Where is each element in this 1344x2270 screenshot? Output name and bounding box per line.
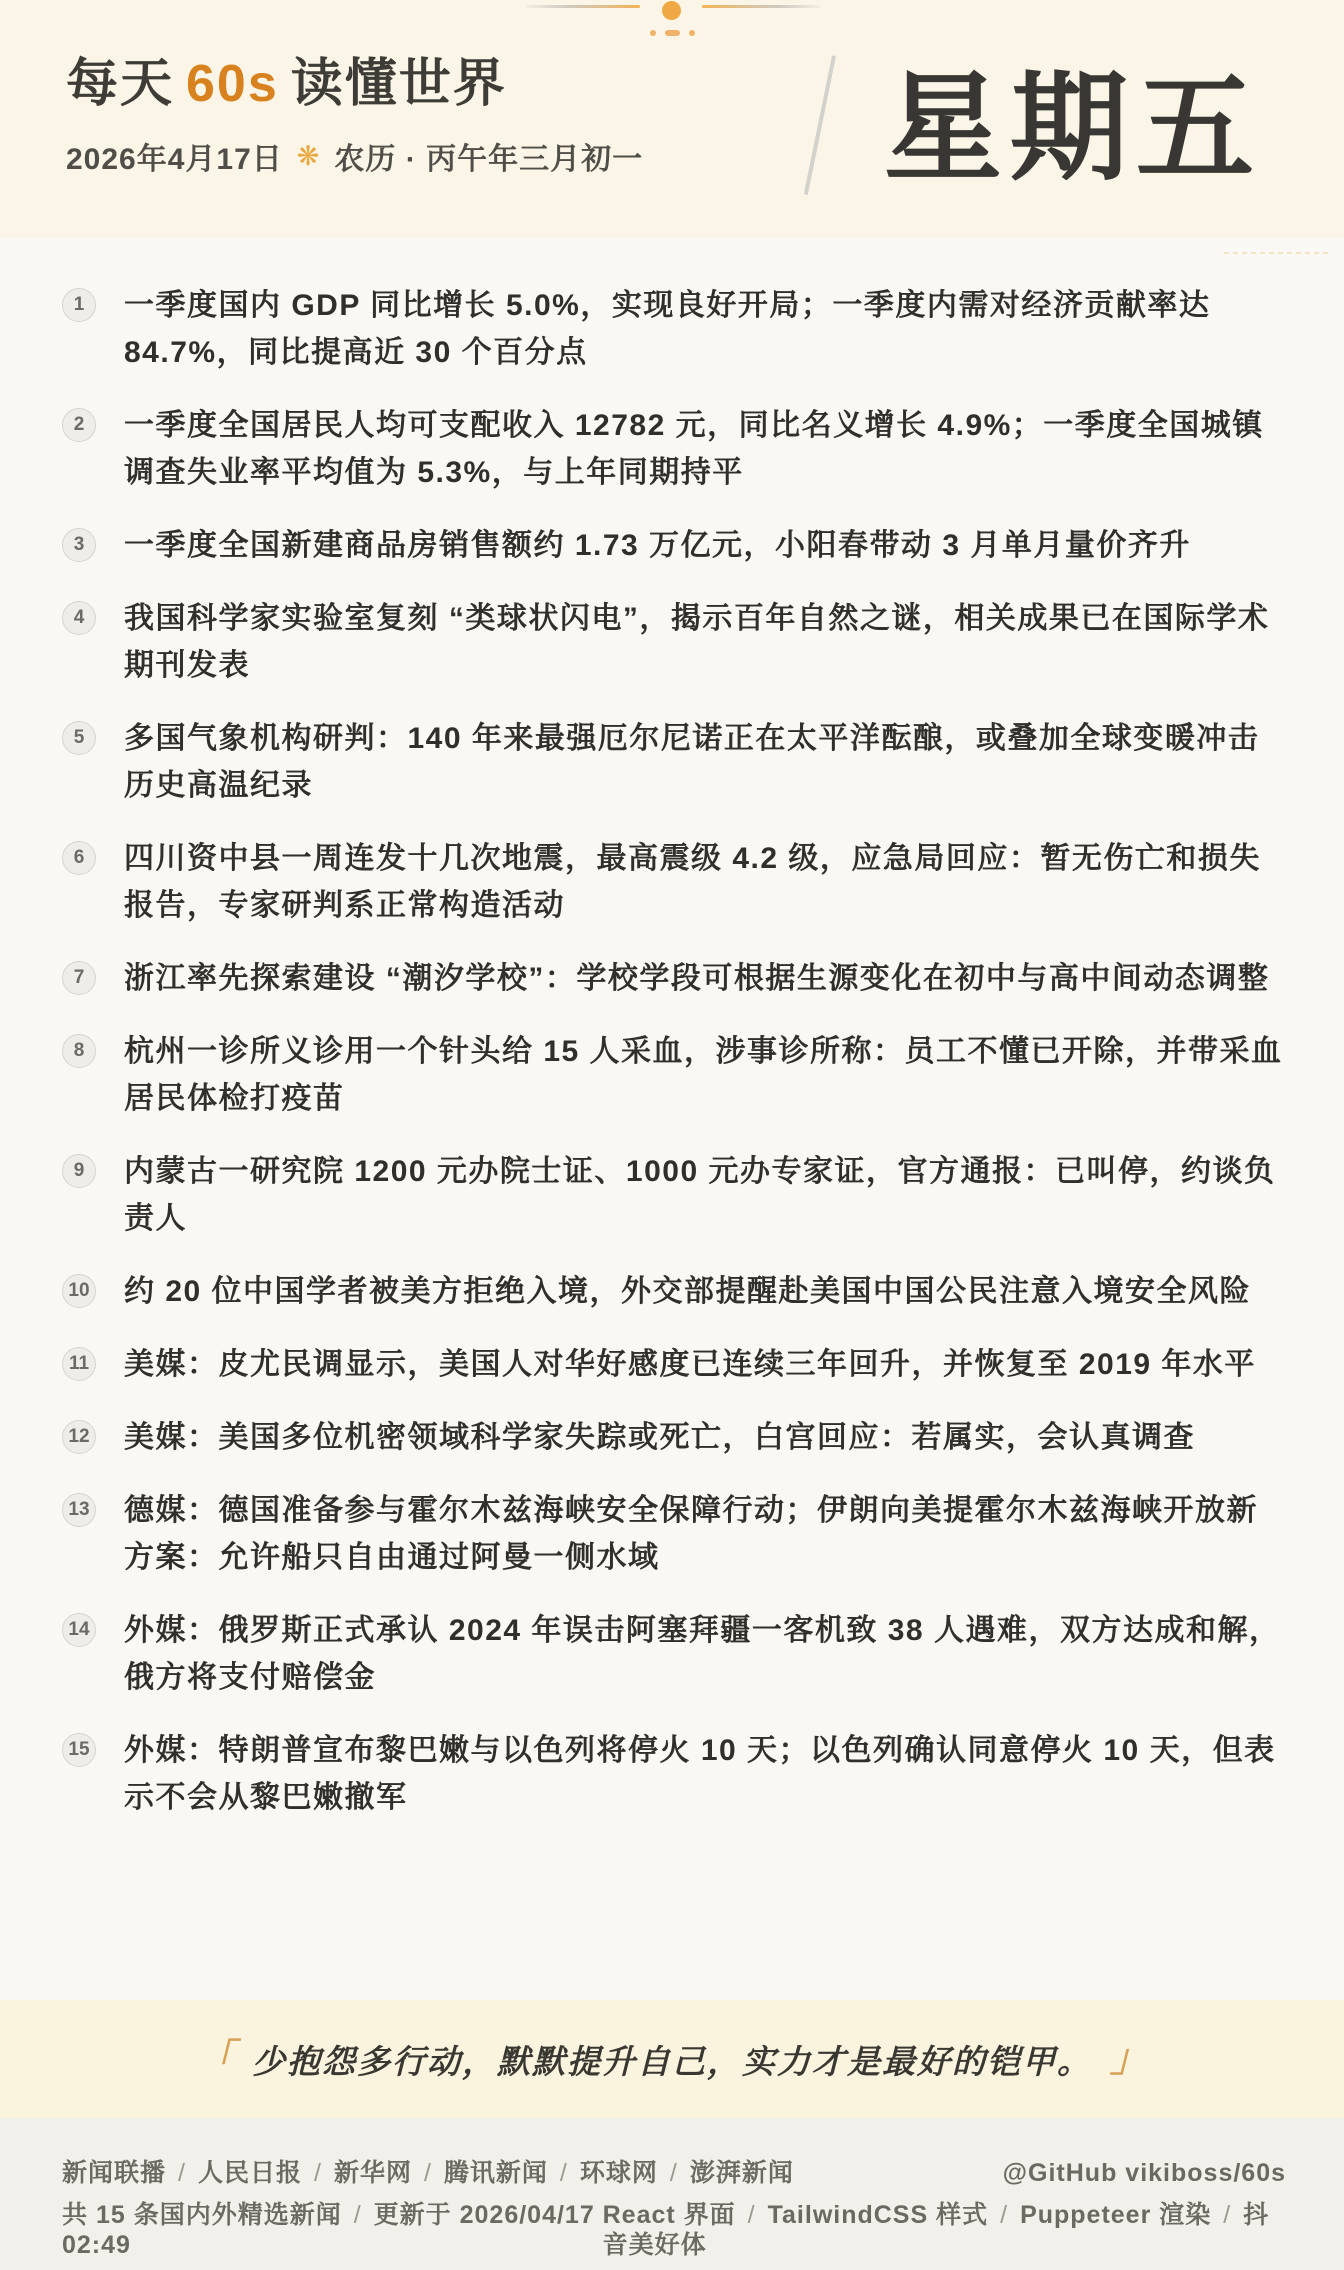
separator: / — [178, 2159, 186, 2187]
separator: / — [670, 2159, 678, 2187]
news-item-number: 14 — [62, 1613, 96, 1647]
credit-name: React 界面 — [603, 2201, 736, 2229]
news-item-number: 12 — [62, 1420, 96, 1454]
news-item-text: 我国科学家实验室复刻 “类球状闪电”，揭示百年自然之谜，相关成果已在国际学术期刊… — [124, 595, 1284, 689]
news-item: 14外媒：俄罗斯正式承认 2024 年误击阿塞拜疆一客机致 38 人遇难，双方达… — [62, 1607, 1284, 1701]
title-suffix: 读懂世界 — [291, 55, 507, 113]
divider-slash — [804, 55, 836, 195]
news-item: 12美媒：美国多位机密领域科学家失踪或死亡，白宫回应：若属实，会认真调查 — [62, 1414, 1284, 1461]
news-item-text: 浙江率先探索建设 “潮汐学校”：学校学段可根据生源变化在初中与高中间动态调整 — [124, 955, 1269, 1002]
news-item: 15外媒：特朗普宣布黎巴嫩与以色列将停火 10 天；以色列确认同意停火 10 天… — [62, 1727, 1284, 1821]
footer: 新闻联播/人民日报/新华网/腾讯新闻/环球网/澎湃新闻 @GitHub viki… — [0, 2118, 1344, 2270]
news-item-number: 10 — [62, 1274, 96, 1308]
header-left: 每天60s读懂世界 2026年4月17日 ❋ 农历 · 丙午年三月初一 — [66, 56, 643, 178]
source-name: 澎湃新闻 — [690, 2159, 794, 2187]
news-item-text: 一季度全国居民人均可支配收入 12782 元，同比名义增长 4.9%；一季度全国… — [124, 402, 1284, 496]
lunar-date: 农历 · 丙午年三月初一 — [334, 134, 643, 178]
source-name: 人民日报 — [198, 2159, 302, 2187]
news-item-text: 美媒：皮尤民调显示，美国人对华好感度已连续三年回升，并恢复至 2019 年水平 — [124, 1341, 1256, 1388]
ornament-circle-icon — [662, 1, 681, 20]
news-item: 6四川资中县一周连发十几次地震，最高震级 4.2 级，应急局回应：暂无伤亡和损失… — [62, 835, 1284, 929]
quote-section: 「 少抱怨多行动，默默提升自己，实力才是最好的铠甲。 」 — [0, 2000, 1344, 2118]
news-item: 10约 20 位中国学者被美方拒绝入境，外交部提醒赴美国中国公民注意入境安全风险 — [62, 1268, 1284, 1315]
source-name: 环球网 — [580, 2159, 658, 2187]
source-name: 新闻联播 — [62, 2159, 166, 2187]
news-item-number: 1 — [62, 288, 96, 322]
news-item: 3一季度全国新建商品房销售额约 1.73 万亿元，小阳春带动 3 月单月量价齐升 — [62, 522, 1284, 569]
meta-text: 共 15 条国内外精选新闻 — [62, 2201, 342, 2229]
news-item-text: 外媒：特朗普宣布黎巴嫩与以色列将停火 10 天；以色列确认同意停火 10 天，但… — [124, 1727, 1284, 1821]
news-item-text: 内蒙古一研究院 1200 元办院士证、1000 元办专家证，官方通报：已叫停，约… — [124, 1148, 1284, 1242]
tech-credits: React 界面/TailwindCSS 样式/Puppeteer 渲染/抖音美… — [603, 2200, 1286, 2260]
date-line: 2026年4月17日 ❋ 农历 · 丙午年三月初一 — [66, 134, 643, 178]
news-item-number: 3 — [62, 528, 96, 562]
news-item-number: 4 — [62, 601, 96, 635]
news-item: 1一季度国内 GDP 同比增长 5.0%，实现良好开局；一季度内需对经济贡献率达… — [62, 282, 1284, 376]
news-item-number: 6 — [62, 841, 96, 875]
quote-text: 少抱怨多行动，默默提升自己，实力才是最好的铠甲。 — [252, 2036, 1092, 2083]
news-item-number: 13 — [62, 1493, 96, 1527]
news-item-number: 5 — [62, 721, 96, 755]
news-item-number: 7 — [62, 961, 96, 995]
separator: / — [354, 2201, 362, 2229]
footer-meta: 共 15 条国内外精选新闻/更新于 2026/04/17 02:49 — [62, 2200, 603, 2260]
news-item: 2一季度全国居民人均可支配收入 12782 元，同比名义增长 4.9%；一季度全… — [62, 402, 1284, 496]
news-item-number: 11 — [62, 1347, 96, 1381]
separator: / — [748, 2201, 756, 2229]
news-item: 13德媒：德国准备参与霍尔木兹海峡安全保障行动；伊朗向美提霍尔木兹海峡开放新方案… — [62, 1487, 1284, 1581]
news-item: 11美媒：皮尤民调显示，美国人对华好感度已连续三年回升，并恢复至 2019 年水… — [62, 1341, 1284, 1388]
separator: / — [314, 2159, 322, 2187]
news-list: 1一季度国内 GDP 同比增长 5.0%，实现良好开局；一季度内需对经济贡献率达… — [0, 238, 1344, 2000]
news-item-text: 外媒：俄罗斯正式承认 2024 年误击阿塞拜疆一客机致 38 人遇难，双方达成和… — [124, 1607, 1284, 1701]
news-item: 8杭州一诊所义诊用一个针头给 15 人采血，涉事诊所称：员工不懂已开除，并带采血… — [62, 1028, 1284, 1122]
news-item-text: 四川资中县一周连发十几次地震，最高震级 4.2 级，应急局回应：暂无伤亡和损失报… — [124, 835, 1284, 929]
source-name: 腾讯新闻 — [444, 2159, 548, 2187]
ornament-line-left-icon — [526, 5, 640, 8]
news-item-text: 约 20 位中国学者被美方拒绝入境，外交部提醒赴美国中国公民注意入境安全风险 — [124, 1268, 1251, 1315]
news-item: 7浙江率先探索建设 “潮汐学校”：学校学段可根据生源变化在初中与高中间动态调整 — [62, 955, 1284, 1002]
news-sources: 新闻联播/人民日报/新华网/腾讯新闻/环球网/澎湃新闻 — [62, 2158, 794, 2188]
daily-60s-news-card: 每天60s读懂世界 2026年4月17日 ❋ 农历 · 丙午年三月初一 星期五 … — [0, 0, 1344, 2270]
page-title: 每天60s读懂世界 — [66, 56, 643, 112]
credit-name: Puppeteer 渲染 — [1020, 2201, 1211, 2229]
news-item-text: 一季度国内 GDP 同比增长 5.0%，实现良好开局；一季度内需对经济贡献率达 … — [124, 282, 1284, 376]
news-item-text: 多国气象机构研判：140 年来最强厄尔尼诺正在太平洋酝酿，或叠加全球变暖冲击历史… — [124, 715, 1284, 809]
separator: / — [560, 2159, 568, 2187]
asterisk-icon: ❋ — [297, 141, 321, 171]
header: 每天60s读懂世界 2026年4月17日 ❋ 农历 · 丙午年三月初一 星期五 — [0, 0, 1344, 238]
news-item: 5多国气象机构研判：140 年来最强厄尔尼诺正在太平洋酝酿，或叠加全球变暖冲击历… — [62, 715, 1284, 809]
news-item-text: 美媒：美国多位机密领域科学家失踪或死亡，白宫回应：若属实，会认真调查 — [124, 1414, 1195, 1461]
news-item-number: 2 — [62, 408, 96, 442]
credit-name: TailwindCSS 样式 — [768, 2201, 989, 2229]
separator: / — [424, 2159, 432, 2187]
footer-row-sources: 新闻联播/人民日报/新华网/腾讯新闻/环球网/澎湃新闻 @GitHub viki… — [62, 2158, 1286, 2188]
news-item: 9内蒙古一研究院 1200 元办院士证、1000 元办专家证，官方通报：已叫停，… — [62, 1148, 1284, 1242]
news-item-text: 德媒：德国准备参与霍尔木兹海峡安全保障行动；伊朗向美提霍尔木兹海峡开放新方案：允… — [124, 1487, 1284, 1581]
ornament-line-right-icon — [702, 5, 820, 8]
title-prefix: 每天 — [66, 55, 174, 113]
separator: / — [1223, 2201, 1231, 2229]
source-name: 新华网 — [334, 2159, 412, 2187]
news-item-text: 杭州一诊所义诊用一个针头给 15 人采血，涉事诊所称：员工不懂已开除，并带采血居… — [124, 1028, 1284, 1122]
gregorian-date: 2026年4月17日 — [66, 134, 283, 178]
footer-row-meta: 共 15 条国内外精选新闻/更新于 2026/04/17 02:49 React… — [62, 2200, 1286, 2260]
quote-close-bracket: 」 — [1110, 2040, 1148, 2078]
quote-open-bracket: 「 — [196, 2040, 234, 2078]
title-highlight: 60s — [186, 55, 279, 113]
news-item-number: 15 — [62, 1733, 96, 1767]
faint-dashed-watermark — [1224, 252, 1328, 254]
news-item-number: 8 — [62, 1034, 96, 1068]
github-credit: @GitHub vikiboss/60s — [1003, 2158, 1286, 2188]
news-item-text: 一季度全国新建商品房销售额约 1.73 万亿元，小阳春带动 3 月单月量价齐升 — [124, 522, 1191, 569]
news-item-number: 9 — [62, 1154, 96, 1188]
weekday-label: 星期五 — [884, 38, 1262, 198]
separator: / — [1000, 2201, 1008, 2229]
news-item: 4我国科学家实验室复刻 “类球状闪电”，揭示百年自然之谜，相关成果已在国际学术期… — [62, 595, 1284, 689]
